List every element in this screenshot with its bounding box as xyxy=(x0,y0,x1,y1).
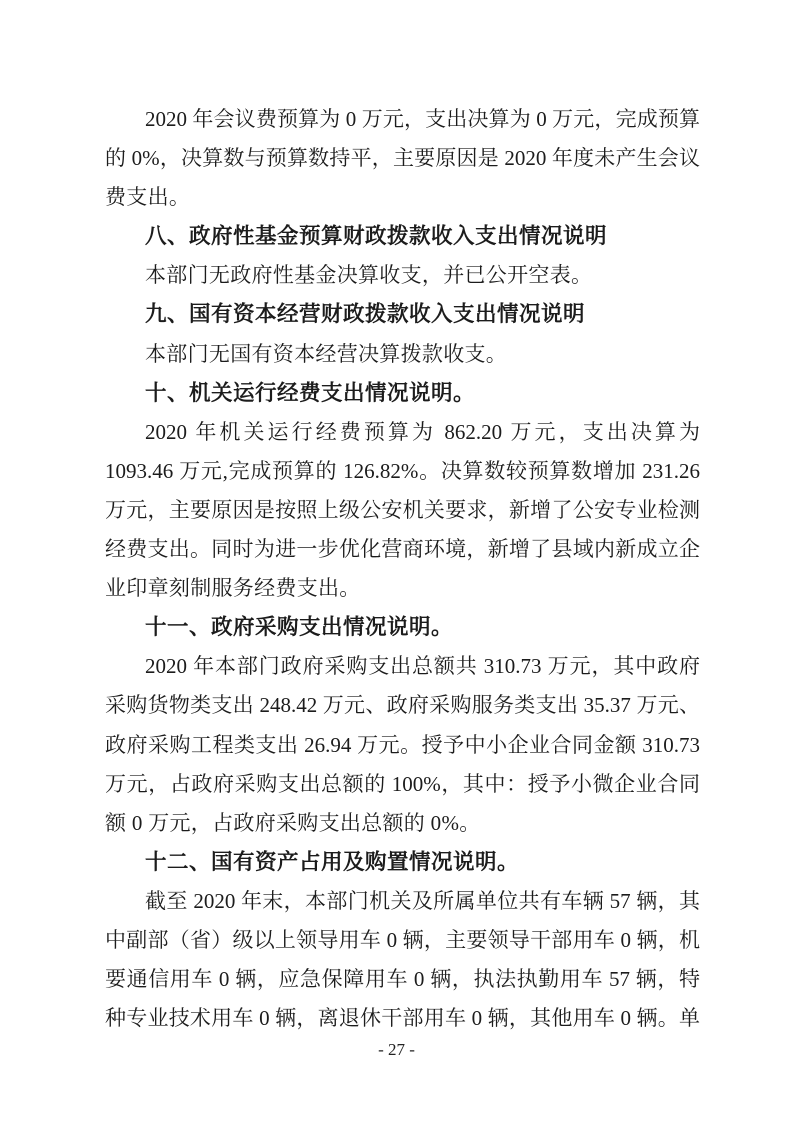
paragraph: 本部门无国有资本经营决算拨款收支。 xyxy=(105,335,700,374)
text-line: 万元，占政府采购支出总额的 100%，其中：授予小微企业合同金 xyxy=(105,765,700,804)
text-line: 业印章刻制服务经费支出。 xyxy=(105,569,700,608)
document-body: 2020 年会议费预算为 0 万元，支出决算为 0 万元，完成预算的 0%，决算… xyxy=(105,100,700,1038)
text-line: 本部门无政府性基金决算收支，并已公开空表。 xyxy=(105,256,700,295)
page-footer: - 27 - xyxy=(0,1040,793,1060)
text-line: 截至 2020 年末，本部门机关及所属单位共有车辆 57 辆，其 xyxy=(105,882,700,921)
heading-line: 八、政府性基金预算财政拨款收入支出情况说明 xyxy=(105,217,700,256)
text-line: 中副部（省）级以上领导用车 0 辆，主要领导干部用车 0 辆，机 xyxy=(105,921,700,960)
text-line: 种专业技术用车 0 辆，离退休干部用车 0 辆，其他用车 0 辆。单 xyxy=(105,999,700,1038)
text-line: 费支出。 xyxy=(105,178,700,217)
section-heading: 九、国有资本经营财政拨款收入支出情况说明 xyxy=(105,295,700,334)
text-line: 政府采购工程类支出 26.94 万元。授予中小企业合同金额 310.73 xyxy=(105,726,700,765)
heading-line: 十、机关运行经费支出情况说明。 xyxy=(105,374,700,413)
section-heading: 十二、国有资产占用及购置情况说明。 xyxy=(105,843,700,882)
heading-line: 九、国有资本经营财政拨款收入支出情况说明 xyxy=(105,295,700,334)
text-line: 额 0 万元，占政府采购支出总额的 0%。 xyxy=(105,804,700,843)
text-line: 要通信用车 0 辆，应急保障用车 0 辆，执法执勤用车 57 辆，特 xyxy=(105,960,700,999)
heading-line: 十一、政府采购支出情况说明。 xyxy=(105,608,700,647)
page-number: - 27 - xyxy=(378,1040,415,1059)
text-line: 的 0%，决算数与预算数持平，主要原因是 2020 年度未产生会议 xyxy=(105,139,700,178)
text-line: 采购货物类支出 248.42 万元、政府采购服务类支出 35.37 万元、 xyxy=(105,686,700,725)
text-line: 2020 年机关运行经费预算为 862.20 万元，支出决算为 xyxy=(105,413,700,452)
paragraph: 2020 年机关运行经费预算为 862.20 万元，支出决算为1093.46 万… xyxy=(105,413,700,608)
section-heading: 八、政府性基金预算财政拨款收入支出情况说明 xyxy=(105,217,700,256)
text-line: 1093.46 万元,完成预算的 126.82%。决算数较预算数增加 231.2… xyxy=(105,452,700,491)
paragraph: 2020 年本部门政府采购支出总额共 310.73 万元，其中政府采购货物类支出… xyxy=(105,647,700,842)
heading-line: 十二、国有资产占用及购置情况说明。 xyxy=(105,843,700,882)
paragraph: 本部门无政府性基金决算收支，并已公开空表。 xyxy=(105,256,700,295)
text-line: 经费支出。同时为进一步优化营商环境，新增了县域内新成立企 xyxy=(105,530,700,569)
paragraph: 截至 2020 年末，本部门机关及所属单位共有车辆 57 辆，其中副部（省）级以… xyxy=(105,882,700,1038)
text-line: 2020 年本部门政府采购支出总额共 310.73 万元，其中政府 xyxy=(105,647,700,686)
section-heading: 十、机关运行经费支出情况说明。 xyxy=(105,374,700,413)
text-line: 本部门无国有资本经营决算拨款收支。 xyxy=(105,335,700,374)
section-heading: 十一、政府采购支出情况说明。 xyxy=(105,608,700,647)
text-line: 万元，主要原因是按照上级公安机关要求，新增了公安专业检测 xyxy=(105,491,700,530)
document-page: { "page": { "background": "#ffffff", "te… xyxy=(0,0,793,1122)
paragraph: 2020 年会议费预算为 0 万元，支出决算为 0 万元，完成预算的 0%，决算… xyxy=(105,100,700,217)
text-line: 2020 年会议费预算为 0 万元，支出决算为 0 万元，完成预算 xyxy=(105,100,700,139)
